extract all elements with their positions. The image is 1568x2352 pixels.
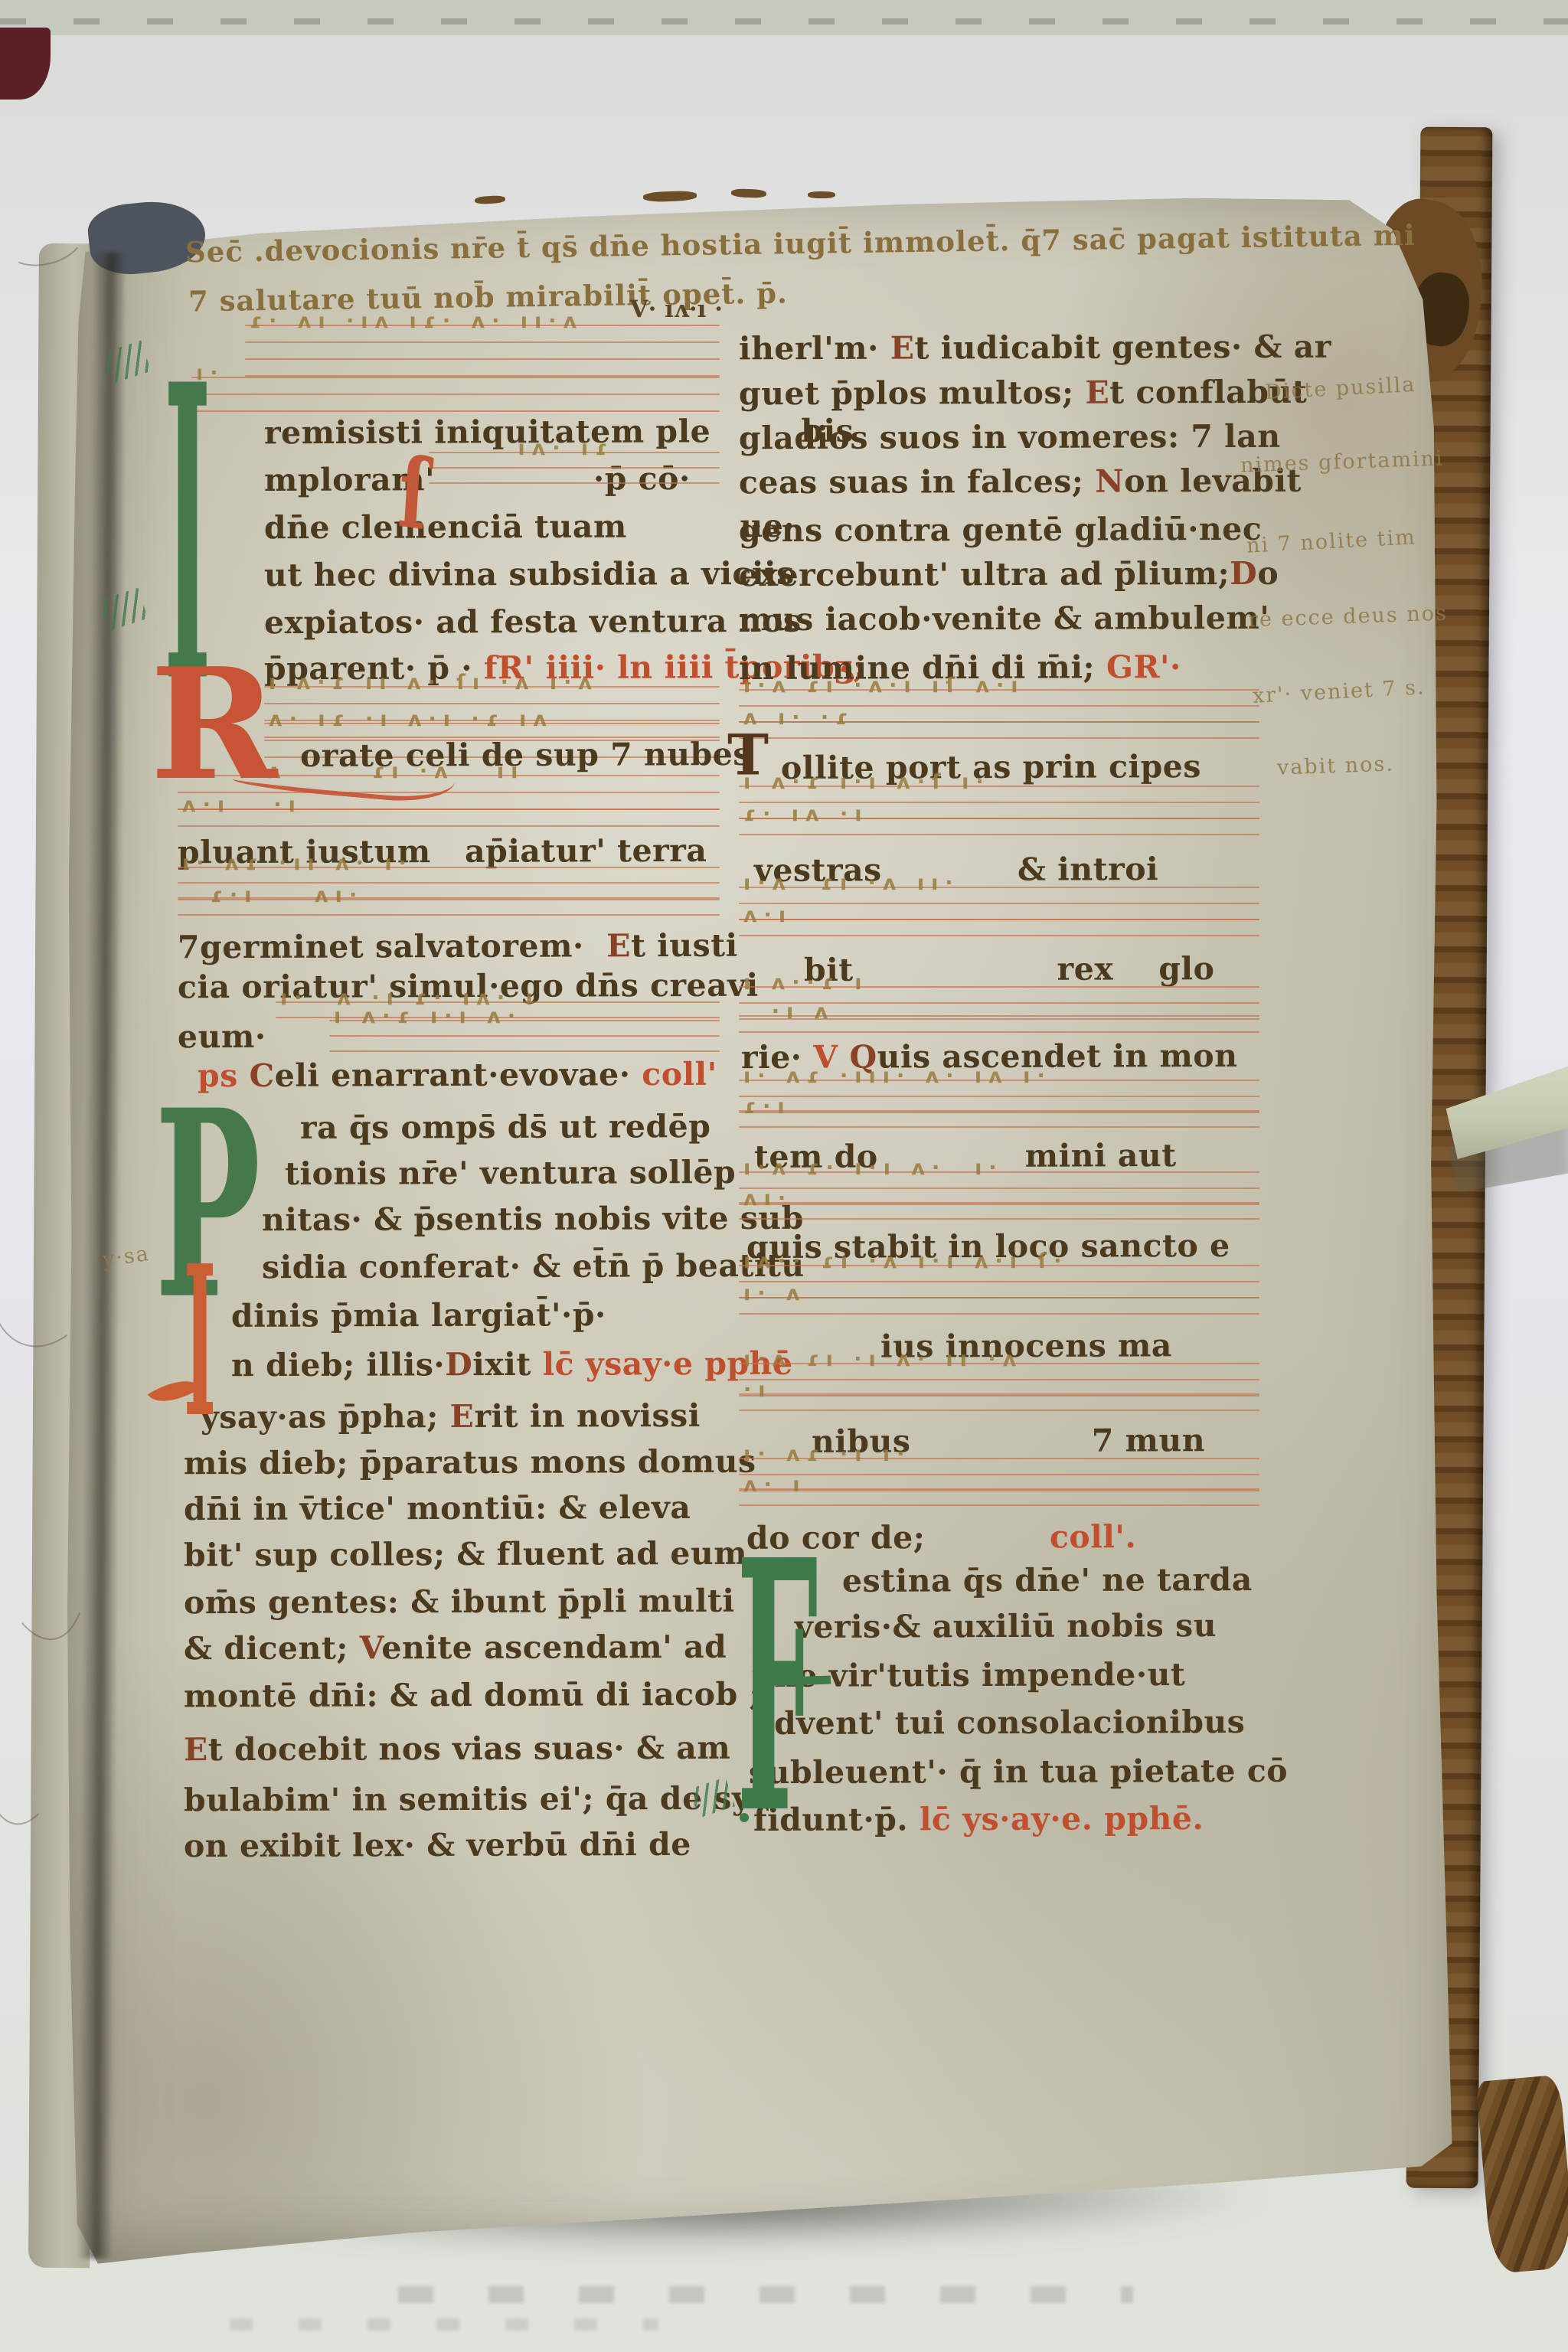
neumes: ɾ·ı xyxy=(743,1095,792,1119)
staff-line xyxy=(739,1218,1259,1220)
text-line: sidia conferat· & et̄n̄ p̄ beatitu xyxy=(262,1247,805,1285)
text-segment: iherl'm· xyxy=(739,330,890,367)
text-line: dn̄e clemenciā tuam ue· xyxy=(264,508,795,546)
text-segment: dn̄e clemenciā tuam ue· xyxy=(264,508,795,546)
text-segment: coll' xyxy=(642,1056,717,1093)
text-segment: gladios suos in vomeres: 7 lan xyxy=(739,418,1281,456)
initial-i-orange-indiebus: I xyxy=(184,1267,216,1423)
text-segment: mus iacob·venite & ambulem' xyxy=(739,599,1270,638)
neumes: ɾ· ıʌ ·ı xyxy=(743,802,869,826)
text-segment: lc̄ ys·ay·e. pphē. xyxy=(920,1800,1204,1837)
decoration-speck xyxy=(643,191,697,202)
staff-line xyxy=(739,1126,1259,1128)
margin-note: re ecce deus nos xyxy=(1248,601,1449,632)
text-line: dinis p̄mia largiat̄'·p̄· xyxy=(231,1296,606,1334)
neumes: ·ı xyxy=(743,1378,773,1402)
staff-line xyxy=(178,825,720,827)
neumes: ɾ· ʌı ·ıʌ ıɾ· ʌ· ıı·ʌ xyxy=(250,309,583,333)
text-segment: on exibit lex· & verbū dn̄i de xyxy=(184,1826,691,1864)
neumes: ı ʌ·ɾ ı·ı ʌ·ſ ı· xyxy=(743,770,991,794)
text-segment: t iudicabit gentes· & ar xyxy=(914,328,1331,367)
staff-line xyxy=(739,1110,1259,1112)
staff-line xyxy=(191,377,720,378)
music-staff: ʌ·ı xyxy=(739,919,1259,951)
text-line: ps Celi enarrant·evovae· coll' xyxy=(198,1056,717,1094)
music-staff: ɾ·ı ʌı· xyxy=(178,899,720,929)
text-segment: om̄s gentes: & ibunt p̄pli multi xyxy=(184,1583,735,1622)
manuscript-photo: Sec̄ .devocionis nr̄e t̄ qs̄ dn̄e hostia… xyxy=(0,0,1568,2352)
staff-line xyxy=(245,358,720,360)
neumes: ı· ʌɾ ·ı ı· xyxy=(743,1442,911,1466)
margin-note: xr'· veniet 7 s. xyxy=(1252,675,1426,708)
decoration-speck xyxy=(731,188,766,198)
text-segment: tionis nr̄e' ventura sollēp xyxy=(285,1154,736,1192)
neumes: ı ʌ·ɾ ı·ı ʌ· xyxy=(334,1004,522,1028)
staff-line xyxy=(739,737,1259,739)
text-segment: E xyxy=(606,927,631,964)
text-segment: advent' tui consolacionibus xyxy=(753,1704,1246,1742)
initial-penwork-red: ſ xyxy=(397,456,430,532)
text-segment: & dicent; xyxy=(184,1629,360,1667)
page-content-layer: Sec̄ .devocionis nr̄e t̄ qs̄ dn̄e hostia… xyxy=(0,0,1568,2352)
text-segment: nitas· & p̄sentis nobis vite sub xyxy=(262,1200,804,1238)
text-segment: ceas suas in falces; xyxy=(739,463,1095,501)
text-line: ceas suas in falces; Non levabit xyxy=(739,462,1302,501)
header-line: Sec̄ .devocionis nr̄e t̄ qs̄ dn̄e hostia… xyxy=(185,218,1416,269)
text-segment: D xyxy=(445,1346,472,1383)
neumes: ı·ʌ ɾı ·ʌ·ı ıſ ʌ·ı xyxy=(743,674,1025,697)
text-segment: t docebit nos vias suas· & am xyxy=(208,1730,731,1768)
text-line: eum· xyxy=(178,1018,266,1055)
staff-line xyxy=(739,834,1259,835)
neumes: ı· ʌɾ ·ıı ʌ· ı· xyxy=(182,851,413,875)
text-segment: E xyxy=(1085,374,1109,411)
neumes: ı·ʌ ɾı ·ı ʌ· ıı ·ʌ xyxy=(743,1347,1023,1371)
text-line: on exibit lex· & verbū dn̄i de xyxy=(184,1826,691,1864)
text-line: ysay·as p̄pha; Erit in novissi xyxy=(201,1397,701,1436)
text-line: mis dieb; p̄paratus mons domus xyxy=(184,1443,756,1482)
staff-line xyxy=(739,1313,1259,1315)
staff-line xyxy=(739,1474,1259,1475)
text-segment: mis dieb; p̄paratus mons domus xyxy=(184,1443,756,1482)
text-segment: V xyxy=(360,1629,382,1666)
text-line: ra q̄s omps̄ ds̄ ut redēp xyxy=(300,1108,711,1146)
decoration-arc xyxy=(0,1695,68,1829)
neumes: ʌı· xyxy=(743,1187,792,1210)
text-line: fidunt·p̄. lc̄ ys·ay·e. pphē. xyxy=(753,1800,1204,1838)
staff-line xyxy=(191,410,720,412)
staff-line xyxy=(429,467,720,469)
text-segment: n dieb; illis· xyxy=(231,1346,445,1383)
text-segment: dn̄i in v̄tice' montiū: & eleva xyxy=(184,1489,691,1527)
staff-line xyxy=(739,919,1259,920)
neumes: ɾ·ı ʌı· xyxy=(182,884,364,907)
staff-line xyxy=(178,914,720,916)
text-segment: ra q̄s omps̄ ds̄ ut redēp xyxy=(300,1108,711,1146)
text-line: gens contra gentē gladiū·nec xyxy=(739,511,1262,549)
text-line: estina q̄s dn̄e' ne tarda xyxy=(842,1561,1253,1599)
text-line: expiatos· ad festa ventura nos xyxy=(264,603,802,641)
neumes: ·ı ʌ xyxy=(743,1000,835,1024)
text-segment: dinis p̄mia largiat̄'·p̄· xyxy=(231,1296,606,1334)
text-segment: guet p̄plos multos; xyxy=(739,374,1086,413)
text-segment: E xyxy=(450,1398,475,1435)
text-line: bulabim' in semitis ei'; q̄a de sy xyxy=(184,1780,750,1819)
text-segment: ysay·as p̄pha; xyxy=(201,1398,450,1436)
text-segment: expiatos· ad festa ventura nos xyxy=(264,603,802,641)
initial-f-green-festina: F xyxy=(737,1560,818,1819)
text-line: veris·& auxiliū nobis su xyxy=(795,1607,1217,1645)
text-segment: estina q̄s dn̄e' ne tarda xyxy=(842,1561,1253,1599)
initial-t-tollite: T xyxy=(727,735,769,776)
staff-line xyxy=(739,1031,1259,1033)
neumes: ı ʌ·ɾ ıı ʌ· ſı ·ʌ ı·ʌ xyxy=(269,671,599,694)
decoration-arc xyxy=(0,1402,105,1649)
staff-line xyxy=(739,1393,1259,1395)
decoration-speck xyxy=(808,191,835,198)
text-line: advent' tui consolacionibus xyxy=(753,1704,1246,1742)
text-line: 7germinet salvatorem· Et iusti xyxy=(178,927,738,966)
neumes: ı·ʌ ɾı ·ʌ ıı· xyxy=(743,871,960,895)
decoration-hatch xyxy=(102,341,151,384)
staff-line xyxy=(429,482,720,484)
text-line: mus iacob·venite & ambulem' xyxy=(739,599,1270,638)
margin-note: ni 7 nolite tim xyxy=(1246,525,1416,558)
neumes: ʌ·ı xyxy=(743,903,792,927)
decoration-speck xyxy=(475,195,505,204)
text-segment: subleuent'· q̄ in tua pietate cō xyxy=(749,1753,1288,1791)
staff-line xyxy=(739,1297,1259,1298)
margin-note: vabit nos. xyxy=(1277,752,1395,779)
text-line: guet p̄plos multos; Et conflabūt xyxy=(739,374,1307,413)
staff-line xyxy=(329,1050,720,1052)
neumes: ıʌ· ıɾ xyxy=(433,436,614,460)
music-staff: ı· ʌ xyxy=(739,1297,1259,1329)
text-segment: rit in novissi xyxy=(474,1397,701,1435)
text-segment: eum· xyxy=(178,1018,266,1055)
neumes: ı·ʌ ɾ· ı·ı ʌ· ı· xyxy=(743,1156,1004,1180)
staff-line xyxy=(739,1281,1259,1282)
text-segment: ixit xyxy=(472,1346,542,1383)
text-segment: exercebunt' ultra ad p̄lium; xyxy=(739,555,1230,593)
text-line: nitas· & p̄sentis nobis vite sub xyxy=(262,1200,804,1238)
text-line: dn̄i in v̄tice' montiū: & eleva xyxy=(184,1489,691,1527)
music-staff: ıʌ· ıɾ xyxy=(429,452,720,498)
text-line: bit' sup colles; & fluent ad eum xyxy=(184,1535,747,1574)
text-line: gladios suos in vomeres: 7 lan xyxy=(739,418,1281,456)
text-line: subleuent'· q̄ in tua pietate cō xyxy=(749,1753,1288,1791)
text-segment: GR'· xyxy=(1106,648,1181,685)
decoration-arc xyxy=(0,207,89,273)
text-segment: E xyxy=(184,1731,208,1768)
staff-line xyxy=(739,1187,1259,1189)
decoration-hatch xyxy=(99,588,148,632)
staff-line xyxy=(329,1035,720,1037)
staff-line xyxy=(739,1379,1259,1380)
neumes: ı· ʌɾ ·ııı· ʌ· ıʌ ı· xyxy=(743,1064,1052,1088)
text-line: montē dn̄i: & ad domū di iacob ; xyxy=(184,1676,761,1715)
music-staff: ɾ· ıʌ ·ı xyxy=(739,818,1259,850)
text-line: iherl'm· Et iudicabit gentes· & ar xyxy=(739,328,1331,367)
text-line: n dieb; illis·Dixit lc̄ ysay·e pphē xyxy=(231,1345,793,1384)
text-line: tionis nr̄e' ventura sollēp xyxy=(285,1154,736,1192)
staff-line xyxy=(739,1202,1259,1204)
text-line: ut hec divina subsidia a viciis xyxy=(264,555,795,593)
text-line: om̄s gentes: & ibunt p̄pli multi xyxy=(184,1583,735,1622)
decoration-dot xyxy=(740,1813,749,1822)
staff-line xyxy=(739,903,1259,904)
text-segment: D xyxy=(1230,555,1257,592)
chant-verse-mark: V· ıʌ·ı · xyxy=(630,296,723,323)
text-segment: coll'. xyxy=(1050,1518,1136,1555)
staff-line xyxy=(739,1410,1259,1411)
staff-line xyxy=(264,703,720,704)
neumes: ı ʌ··ɾ ı xyxy=(743,971,869,995)
text-segment: t iusti xyxy=(631,927,738,964)
text-segment: 7germinet salvatorem· xyxy=(178,927,606,965)
neumes: ʌ· ıɾ ·ı ʌ·ı ·ɾ ıʌ xyxy=(269,707,554,731)
staff-line xyxy=(245,341,720,343)
text-segment: gens contra gentē gladiū·nec xyxy=(739,511,1262,549)
neumes: ı· ʌ xyxy=(743,1282,807,1305)
text-line: & dicent; Venite ascendam' ad xyxy=(184,1628,727,1667)
staff-line xyxy=(191,394,720,395)
music-staff: ·ı xyxy=(739,1393,1259,1426)
text-segment: sidia conferat· & et̄n̄ p̄ beatitu xyxy=(262,1247,805,1285)
staff-line xyxy=(739,935,1259,936)
text-segment: enite ascendam' ad xyxy=(381,1628,727,1667)
text-segment: eli enarrant·evovae· xyxy=(275,1056,642,1094)
text-segment: N xyxy=(1095,463,1124,500)
text-segment: veris·& auxiliū nobis su xyxy=(795,1607,1217,1645)
neumes: ıʌ·· ɾı ·ʌ ı·ı ʌ·ı ſ· xyxy=(743,1249,1068,1273)
staff-line xyxy=(739,1096,1259,1097)
text-line: exercebunt' ultra ad p̄lium;Do xyxy=(739,555,1279,593)
text-segment: montē dn̄i: & ad domū di iacob ; xyxy=(184,1676,761,1715)
text-segment: bit' sup colles; & fluent ad eum xyxy=(184,1535,747,1574)
text-line: Et docebit nos vias suas· & am xyxy=(184,1730,730,1768)
text-segment: o xyxy=(1257,555,1279,592)
text-segment: ut hec divina subsidia a viciis xyxy=(264,555,795,593)
text-segment: bulabim' in semitis ei'; q̄a de sy xyxy=(184,1780,750,1819)
text-segment: E xyxy=(890,330,915,367)
